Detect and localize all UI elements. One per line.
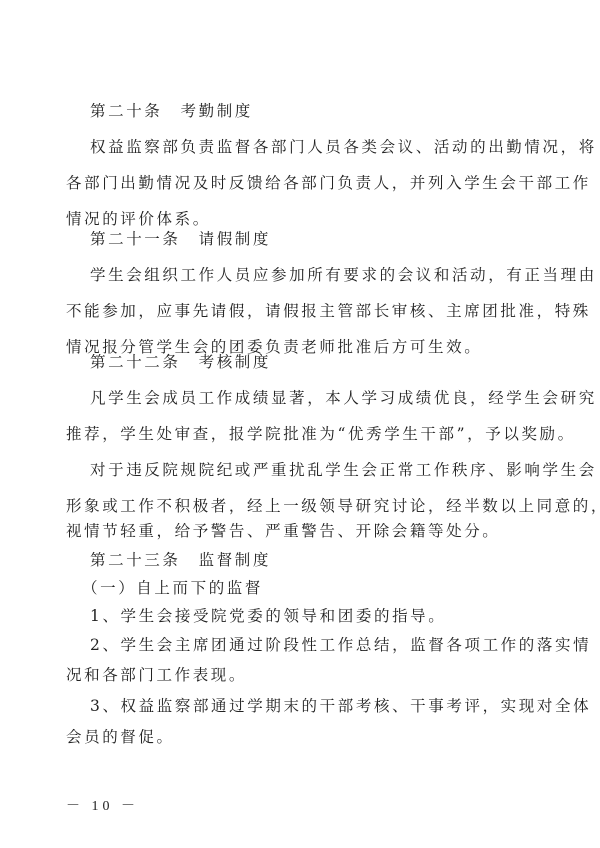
- paragraph-line: 权益监察部负责监督各部门人员各类会议、活动的出勤情况，将: [90, 137, 536, 157]
- article-23-heading: 第二十三条 监督制度: [90, 550, 536, 570]
- list-item: 3、权益监察部通过学期末的干部考核、干事考评，实现对全体: [90, 696, 536, 716]
- article-22-heading: 第二十二条 考核制度: [90, 352, 536, 372]
- paragraph-line: 不能参加，应事先请假，请假报主管部长审核、主席团批准，特殊: [66, 301, 536, 321]
- paragraph-line: 会员的督促。: [66, 727, 536, 747]
- paragraph-line: 情况的评价体系。: [66, 209, 536, 229]
- list-item: 1、学生会接受院党委的领导和团委的指导。: [90, 606, 536, 626]
- paragraph-line: 学生会组织工作人员应参加所有要求的会议和活动，有正当理由: [90, 265, 536, 285]
- paragraph-line: 凡学生会成员工作成绩显著，本人学习成绩优良，经学生会研究: [90, 388, 536, 408]
- article-20-heading: 第二十条 考勤制度: [90, 101, 536, 121]
- page-number: － 10 －: [66, 795, 139, 815]
- paragraph-line: 况和各部门工作表现。: [66, 665, 536, 685]
- document-page: 第二十条 考勤制度 权益监察部负责监督各部门人员各类会议、活动的出勤情况，将 各…: [0, 0, 600, 848]
- article-21-heading: 第二十一条 请假制度: [90, 229, 536, 249]
- paragraph-line: 推荐，学生处审查，报学院批准为“优秀学生干部”，予以奖励。: [66, 424, 536, 444]
- subsection-heading: （一）自上而下的监督: [82, 578, 552, 598]
- paragraph-line: 各部门出勤情况及时反馈给各部门负责人，并列入学生会干部工作: [66, 173, 536, 193]
- paragraph-line: 对于违反院规院纪或严重扰乱学生会正常工作秩序、影响学生会: [90, 460, 536, 480]
- paragraph-line: 视情节轻重，给予警告、严重警告、开除会籍等处分。: [66, 521, 536, 541]
- list-item: 2、学生会主席团通过阶段性工作总结，监督各项工作的落实情: [90, 635, 536, 655]
- paragraph-line: 形象或工作不积极者，经上一级领导研究讨论，经半数以上同意的，: [66, 496, 536, 516]
